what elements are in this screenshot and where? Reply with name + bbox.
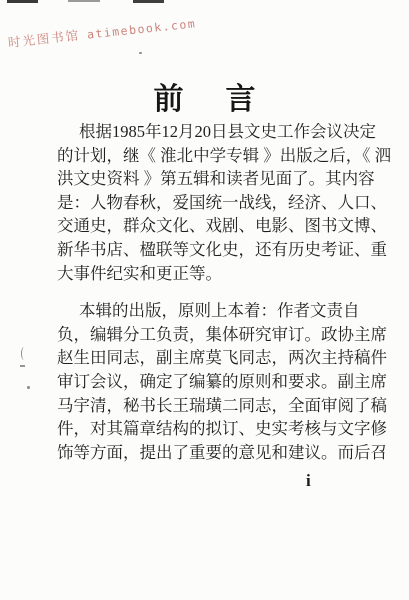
text-line: 是：人物春秋，爱国统一战线，经济、人口、 bbox=[57, 191, 353, 215]
text-line: 本辑的出版，原则上本着：作者文责自 bbox=[57, 299, 353, 323]
text-line: 件，对其篇章结构的拟订、史实考核与文字修 bbox=[57, 417, 353, 441]
text-line: 赵生田同志，副主席莫飞同志，两次主持稿件 bbox=[57, 346, 353, 370]
scan-artifact-bar bbox=[133, 0, 164, 3]
scan-artifact-speck bbox=[139, 52, 142, 54]
text-line: 饰等方面，提出了重要的意见和建议。而后召 bbox=[57, 441, 353, 465]
watermark-site-text: atimebook.com bbox=[86, 16, 196, 41]
scan-artifact-speck bbox=[27, 386, 30, 389]
library-watermark: 时光图书馆atimebook.com bbox=[7, 13, 197, 52]
text-line: 大事件纪实和更正等。 bbox=[57, 262, 353, 286]
text-line: 审订会议，确定了编纂的原则和要求。副主席 bbox=[57, 370, 353, 394]
title-char-2: 言 bbox=[226, 74, 256, 118]
text-line: 负，编辑分工负责，集体研究审订。政协主席 bbox=[57, 323, 353, 347]
scan-artifact-mark bbox=[21, 347, 27, 360]
text-line: 交通史，群众文化、戏剧、电影、图书文博、 bbox=[57, 214, 353, 238]
scan-artifact-mark bbox=[20, 365, 25, 367]
text-line: 根据1985年12月20日县文史工作会议决定 bbox=[57, 120, 353, 144]
page-number: i bbox=[306, 471, 311, 491]
page-title: 前 言 bbox=[0, 74, 409, 118]
scan-artifact-bar bbox=[7, 0, 38, 3]
text-line: 新华书店、楹联等文化史，还有历史考证、重 bbox=[57, 238, 353, 262]
text-line: 的计划，继《 淮北中学专辑 》出版之后，《 泗 bbox=[57, 144, 353, 168]
title-char-1: 前 bbox=[154, 74, 184, 118]
scan-artifact-bar bbox=[68, 0, 100, 2]
watermark-cjk-text: 时光图书馆 bbox=[7, 28, 81, 50]
paragraph: 本辑的出版，原则上本着：作者文责自负，编辑分工负责，集体研究审订。政协主席赵生田… bbox=[57, 299, 353, 464]
text-line: 马宇清，秘书长王瑞璜二同志，全面审阅了稿 bbox=[57, 394, 353, 418]
text-line: 洪文史资料 》第五辑和读者见面了。其内容 bbox=[57, 167, 353, 191]
scanned-page: 时光图书馆atimebook.com 前 言 根据1985年12月20日县文史工… bbox=[0, 0, 409, 600]
paragraph: 根据1985年12月20日县文史工作会议决定的计划，继《 淮北中学专辑 》出版之… bbox=[57, 120, 353, 285]
body-text: 根据1985年12月20日县文史工作会议决定的计划，继《 淮北中学专辑 》出版之… bbox=[57, 120, 353, 464]
